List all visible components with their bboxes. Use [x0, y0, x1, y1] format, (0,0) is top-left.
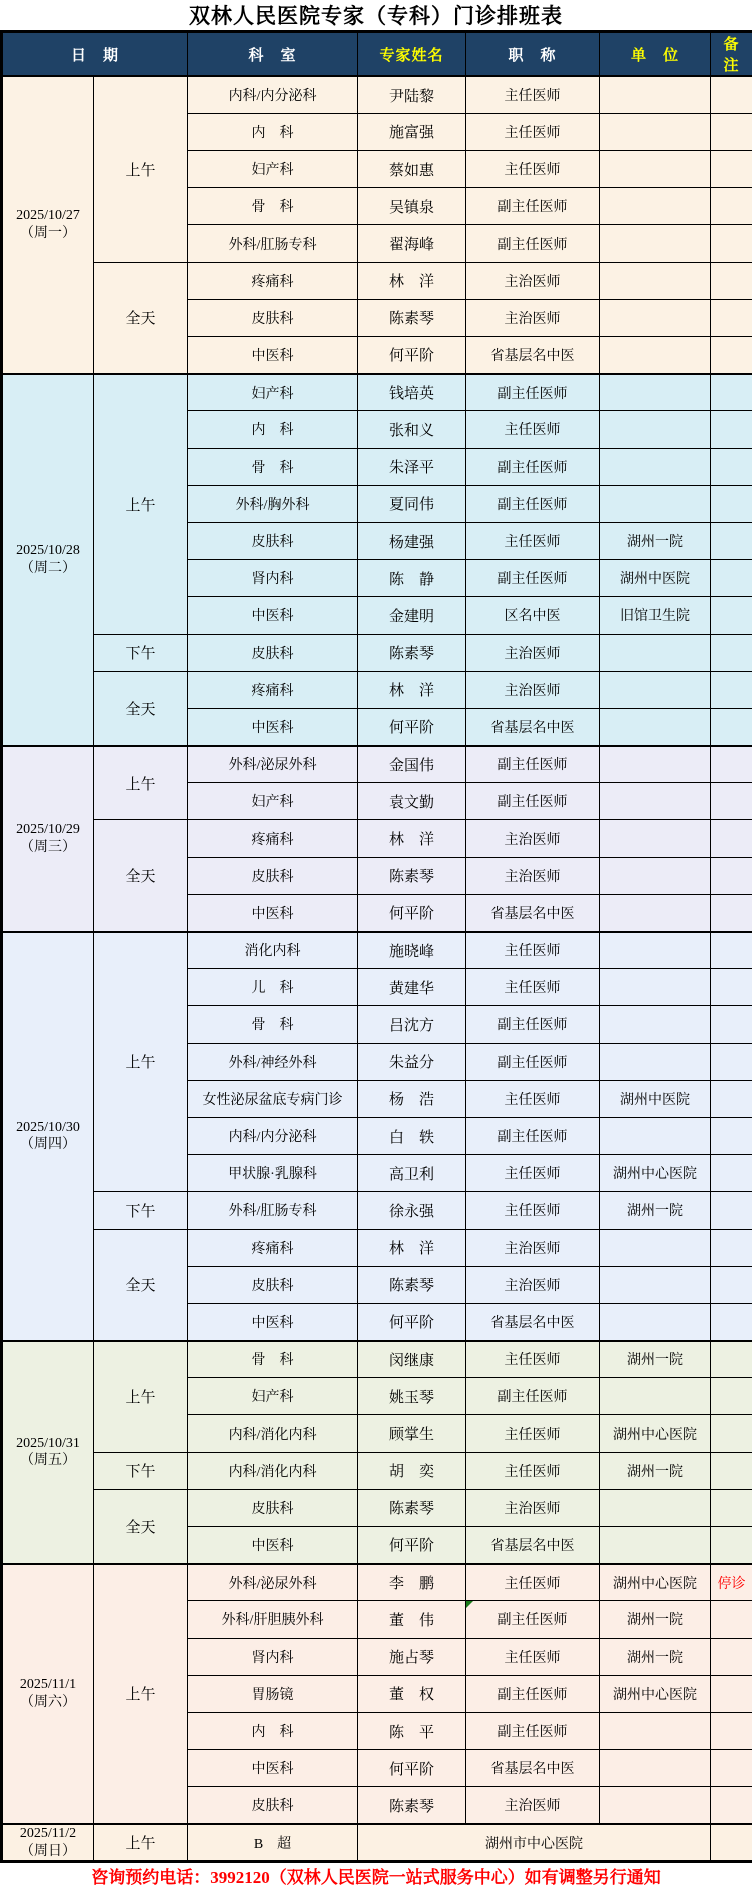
- schedule-row: 2025/10/28（周二）上午妇产科钱培英副主任医师: [2, 374, 752, 411]
- dept-cell: 消化内科: [188, 932, 358, 969]
- unit-cell: 湖州中心医院: [600, 1415, 711, 1452]
- title-cell: 主任医师: [466, 1564, 600, 1601]
- doctor-cell: 何平阶: [358, 708, 466, 745]
- unit-cell: [600, 299, 711, 336]
- unit-cell: [600, 1527, 711, 1564]
- dept-cell: 内 科: [188, 1712, 358, 1749]
- remark-cell: [711, 671, 752, 708]
- dept-cell: 骨 科: [188, 1006, 358, 1043]
- doctor-cell: 何平阶: [358, 1303, 466, 1340]
- remark-cell: [711, 1489, 752, 1526]
- schedule-row: 2025/10/30（周四）上午消化内科施晓峰主任医师: [2, 932, 752, 969]
- doctor-cell: 林 洋: [358, 820, 466, 857]
- unit-cell: [600, 188, 711, 225]
- dept-cell: 中医科: [188, 337, 358, 374]
- title-cell: 区名中医: [466, 597, 600, 634]
- remark-cell: [711, 1043, 752, 1080]
- dept-cell: B 超: [188, 1824, 358, 1862]
- dept-cell: 甲状腺·乳腺科: [188, 1155, 358, 1192]
- unit-cell: [600, 1378, 711, 1415]
- title-cell: 主治医师: [466, 1229, 600, 1266]
- unit-cell: [600, 337, 711, 374]
- doctor-cell: 陈素琴: [358, 1787, 466, 1824]
- title-cell: 副主任医师: [466, 448, 600, 485]
- unit-cell: 湖州中心医院: [600, 1675, 711, 1712]
- remark-cell: [711, 560, 752, 597]
- remark-cell: 停诊: [711, 1564, 752, 1601]
- weekday-text: （周三）: [3, 839, 93, 857]
- remark-cell: [711, 1601, 752, 1638]
- remark-cell: [711, 522, 752, 559]
- time-cell: 上午: [94, 374, 188, 634]
- title-cell: 副主任医师: [466, 1043, 600, 1080]
- weekday-text: （周四）: [3, 1136, 93, 1154]
- remark-cell: [711, 1712, 752, 1749]
- remark-cell: [711, 1787, 752, 1824]
- title-cell: 副主任医师: [466, 746, 600, 783]
- title-cell: 主治医师: [466, 299, 600, 336]
- date-cell: 2025/10/31（周五）: [2, 1341, 94, 1564]
- time-cell: 下午: [94, 1452, 188, 1489]
- doctor-cell: 陈素琴: [358, 1489, 466, 1526]
- unit-cell: [600, 634, 711, 671]
- remark-cell: [711, 151, 752, 188]
- title-cell: 省基层名中医: [466, 894, 600, 931]
- unit-cell: [600, 1489, 711, 1526]
- doctor-cell: 金建明: [358, 597, 466, 634]
- unit-cell: [600, 1787, 711, 1824]
- title-cell: 副主任医师: [466, 1601, 600, 1638]
- title-cell: 副主任医师: [466, 1378, 600, 1415]
- remark-cell: [711, 634, 752, 671]
- remark-cell: [711, 1117, 752, 1154]
- remark-cell: [711, 448, 752, 485]
- doctor-cell: 何平阶: [358, 1750, 466, 1787]
- dept-cell: 中医科: [188, 597, 358, 634]
- remark-cell: [711, 1006, 752, 1043]
- doctor-cell: 徐永强: [358, 1192, 466, 1229]
- unit-cell: [600, 671, 711, 708]
- date-cell: 2025/11/1（周六）: [2, 1564, 94, 1824]
- remark-cell: [711, 113, 752, 150]
- doctor-cell: 钱培英: [358, 374, 466, 411]
- date-text: 2025/10/27: [3, 207, 93, 225]
- title-cell: 副主任医师: [466, 783, 600, 820]
- doctor-cell: 何平阶: [358, 337, 466, 374]
- remark-cell: [711, 1341, 752, 1378]
- col-header-date: 日 期: [2, 32, 188, 77]
- title-cell: 主治医师: [466, 1266, 600, 1303]
- page-title: 双林人民医院专家（专科）门诊排班表: [0, 0, 752, 30]
- dept-cell: 皮肤科: [188, 634, 358, 671]
- title-cell: 副主任医师: [466, 225, 600, 262]
- doctor-cell: 闵继康: [358, 1341, 466, 1378]
- unit-cell: [600, 1229, 711, 1266]
- remark-cell: [711, 485, 752, 522]
- doctor-cell: 陈素琴: [358, 299, 466, 336]
- title-cell: 副主任医师: [466, 1712, 600, 1749]
- doctor-cell: 李 鹏: [358, 1564, 466, 1601]
- time-cell: 全天: [94, 1229, 188, 1341]
- remark-cell: [711, 746, 752, 783]
- title-cell: 主任医师: [466, 113, 600, 150]
- weekday-text: （周一）: [3, 225, 93, 243]
- dept-cell: 中医科: [188, 1527, 358, 1564]
- title-cell: 主任医师: [466, 1080, 600, 1117]
- doctor-cell: 张和义: [358, 411, 466, 448]
- title-cell: 副主任医师: [466, 1006, 600, 1043]
- dept-cell: 外科/肝胆胰外科: [188, 1601, 358, 1638]
- doctor-cell: 夏同伟: [358, 485, 466, 522]
- doctor-cell: 董 权: [358, 1675, 466, 1712]
- remark-cell: [711, 299, 752, 336]
- date-text: 2025/10/31: [3, 1435, 93, 1453]
- unit-cell: [600, 151, 711, 188]
- doctor-cell: 施占琴: [358, 1638, 466, 1675]
- dept-cell: 皮肤科: [188, 299, 358, 336]
- schedule-row: 下午内科/消化内科胡 奕主任医师湖州一院: [2, 1452, 752, 1489]
- unit-cell: [600, 1303, 711, 1340]
- title-cell: 副主任医师: [466, 188, 600, 225]
- title-cell: 省基层名中医: [466, 708, 600, 745]
- unit-cell: [600, 857, 711, 894]
- footer-note: 咨询预约电话：3992120（双林人民医院一站式服务中心）如有调整另行通知: [0, 1863, 752, 1888]
- doctor-cell: 何平阶: [358, 1527, 466, 1564]
- remark-cell: [711, 1452, 752, 1489]
- remark-cell: [711, 783, 752, 820]
- unit-cell: 湖州一院: [600, 1601, 711, 1638]
- dept-cell: 妇产科: [188, 151, 358, 188]
- doctor-cell: 林 洋: [358, 262, 466, 299]
- unit-cell: [600, 783, 711, 820]
- title-cell: 主治医师: [466, 1787, 600, 1824]
- unit-cell: [600, 932, 711, 969]
- doctor-cell: 高卫利: [358, 1155, 466, 1192]
- title-cell: 省基层名中医: [466, 337, 600, 374]
- title-cell: 主任医师: [466, 1452, 600, 1489]
- remark-cell: [711, 262, 752, 299]
- dept-cell: 外科/泌尿外科: [188, 1564, 358, 1601]
- title-cell: 主任医师: [466, 1638, 600, 1675]
- doctor-cell: 陈素琴: [358, 857, 466, 894]
- dept-cell: 内 科: [188, 113, 358, 150]
- title-cell: 省基层名中医: [466, 1303, 600, 1340]
- unit-cell: [600, 1266, 711, 1303]
- dept-cell: 骨 科: [188, 188, 358, 225]
- dept-cell: 中医科: [188, 894, 358, 931]
- col-header-title: 职 称: [466, 32, 600, 77]
- dept-cell: 中医科: [188, 1750, 358, 1787]
- schedule-page: 双林人民医院专家（专科）门诊排班表 日 期 科 室 专家姓名 职 称 单 位 备…: [0, 0, 752, 1888]
- dept-cell: 儿 科: [188, 969, 358, 1006]
- remark-cell: [711, 1638, 752, 1675]
- time-cell: 上午: [94, 1564, 188, 1824]
- dept-cell: 中医科: [188, 708, 358, 745]
- date-text: 2025/10/28: [3, 542, 93, 560]
- title-cell: 副主任医师: [466, 374, 600, 411]
- remark-cell: [711, 1155, 752, 1192]
- dept-cell: 疼痛科: [188, 1229, 358, 1266]
- time-cell: 下午: [94, 634, 188, 671]
- unit-cell: 湖州中心医院: [600, 1564, 711, 1601]
- date-cell: 2025/11/2（周日）: [2, 1824, 94, 1862]
- dept-cell: 皮肤科: [188, 1489, 358, 1526]
- unit-cell: [600, 225, 711, 262]
- unit-cell: [600, 485, 711, 522]
- remark-cell: [711, 374, 752, 411]
- merged-unit-cell: 湖州市中心医院: [358, 1824, 711, 1862]
- schedule-row: 下午皮肤科陈素琴主治医师: [2, 634, 752, 671]
- remark-cell: [711, 894, 752, 931]
- time-cell: 全天: [94, 262, 188, 374]
- doctor-cell: 杨建强: [358, 522, 466, 559]
- title-cell: 副主任医师: [466, 1117, 600, 1154]
- title-cell: 主治医师: [466, 671, 600, 708]
- title-cell: 主任医师: [466, 1192, 600, 1229]
- title-cell: 主任医师: [466, 411, 600, 448]
- unit-cell: 湖州一院: [600, 1192, 711, 1229]
- time-cell: 上午: [94, 76, 188, 262]
- schedule-row: 全天疼痛科林 洋主治医师: [2, 671, 752, 708]
- unit-cell: [600, 1117, 711, 1154]
- unit-cell: 湖州中医院: [600, 560, 711, 597]
- title-cell: 副主任医师: [466, 1675, 600, 1712]
- remark-cell: [711, 820, 752, 857]
- doctor-cell: 林 洋: [358, 1229, 466, 1266]
- remark-cell: [711, 1527, 752, 1564]
- dept-cell: 内科/内分泌科: [188, 1117, 358, 1154]
- dept-cell: 肾内科: [188, 560, 358, 597]
- unit-cell: 湖州一院: [600, 1638, 711, 1675]
- doctor-cell: 施富强: [358, 113, 466, 150]
- doctor-cell: 胡 奕: [358, 1452, 466, 1489]
- remark-cell: [711, 1378, 752, 1415]
- doctor-cell: 翟海峰: [358, 225, 466, 262]
- unit-cell: 湖州中心医院: [600, 1155, 711, 1192]
- remark-cell: [711, 597, 752, 634]
- doctor-cell: 陈 静: [358, 560, 466, 597]
- col-header-doctor: 专家姓名: [358, 32, 466, 77]
- remark-cell: [711, 225, 752, 262]
- doctor-cell: 蔡如惠: [358, 151, 466, 188]
- remark-cell: [711, 1303, 752, 1340]
- unit-cell: [600, 894, 711, 931]
- dept-cell: 骨 科: [188, 448, 358, 485]
- weekday-text: （周五）: [3, 1452, 93, 1470]
- title-cell: 主任医师: [466, 969, 600, 1006]
- title-cell: 省基层名中医: [466, 1750, 600, 1787]
- remark-cell: [711, 76, 752, 113]
- unit-cell: 湖州中医院: [600, 1080, 711, 1117]
- doctor-cell: 林 洋: [358, 671, 466, 708]
- dept-cell: 皮肤科: [188, 1787, 358, 1824]
- unit-cell: [600, 262, 711, 299]
- unit-cell: [600, 411, 711, 448]
- dept-cell: 中医科: [188, 1303, 358, 1340]
- doctor-cell: 朱泽平: [358, 448, 466, 485]
- remark-cell: [711, 337, 752, 374]
- title-cell: 副主任医师: [466, 485, 600, 522]
- doctor-cell: 朱益分: [358, 1043, 466, 1080]
- title-cell: 主任医师: [466, 932, 600, 969]
- remark-cell: [711, 411, 752, 448]
- remark-cell: [711, 708, 752, 745]
- title-cell: 主治医师: [466, 820, 600, 857]
- dept-cell: 妇产科: [188, 783, 358, 820]
- remark-cell: [711, 1266, 752, 1303]
- doctor-cell: 吴镇泉: [358, 188, 466, 225]
- schedule-row: 下午外科/肛肠专科徐永强主任医师湖州一院: [2, 1192, 752, 1229]
- time-cell: 上午: [94, 1341, 188, 1453]
- header-row: 日 期 科 室 专家姓名 职 称 单 位 备 注: [2, 32, 752, 77]
- title-cell: 副主任医师: [466, 560, 600, 597]
- dept-cell: 皮肤科: [188, 522, 358, 559]
- remark-cell: [711, 1080, 752, 1117]
- weekday-text: （周二）: [3, 560, 93, 578]
- title-cell: 主治医师: [466, 262, 600, 299]
- doctor-cell: 董 伟: [358, 1601, 466, 1638]
- remark-cell: [711, 857, 752, 894]
- date-text: 2025/10/29: [3, 821, 93, 839]
- time-cell: 全天: [94, 671, 188, 745]
- dept-cell: 疼痛科: [188, 262, 358, 299]
- dept-cell: 内 科: [188, 411, 358, 448]
- title-cell: 主任医师: [466, 1155, 600, 1192]
- time-cell: 上午: [94, 932, 188, 1192]
- dept-cell: 内科/消化内科: [188, 1415, 358, 1452]
- doctor-cell: 白 轶: [358, 1117, 466, 1154]
- time-cell: 全天: [94, 820, 188, 932]
- dept-cell: 妇产科: [188, 374, 358, 411]
- remark-cell: [711, 1415, 752, 1452]
- dept-cell: 胃肠镜: [188, 1675, 358, 1712]
- schedule-row: 2025/10/29（周三）上午外科/泌尿外科金国伟副主任医师: [2, 746, 752, 783]
- col-header-unit: 单 位: [600, 32, 711, 77]
- date-cell: 2025/10/30（周四）: [2, 932, 94, 1341]
- title-cell: 主任医师: [466, 1341, 600, 1378]
- weekday-text: （周日）: [3, 1843, 93, 1861]
- unit-cell: [600, 969, 711, 1006]
- weekday-text: （周六）: [3, 1694, 93, 1712]
- dept-cell: 骨 科: [188, 1341, 358, 1378]
- col-header-remark: 备 注: [711, 32, 752, 77]
- schedule-row: 2025/10/27（周一）上午内科/内分泌科尹陆黎主任医师: [2, 76, 752, 113]
- schedule-row: 全天疼痛科林 洋主治医师: [2, 262, 752, 299]
- remark-cell: [711, 188, 752, 225]
- schedule-row: 全天皮肤科陈素琴主治医师: [2, 1489, 752, 1526]
- title-cell: 主任医师: [466, 76, 600, 113]
- title-cell: 主治医师: [466, 1489, 600, 1526]
- doctor-cell: 尹陆黎: [358, 76, 466, 113]
- remark-cell: [711, 1750, 752, 1787]
- time-cell: 下午: [94, 1192, 188, 1229]
- schedule-row: 全天疼痛科林 洋主治医师: [2, 820, 752, 857]
- remark-cell: [711, 932, 752, 969]
- doctor-cell: 杨 浩: [358, 1080, 466, 1117]
- schedule-row: 2025/11/1（周六）上午外科/泌尿外科李 鹏主任医师湖州中心医院停诊: [2, 1564, 752, 1601]
- unit-cell: [600, 820, 711, 857]
- dept-cell: 内科/内分泌科: [188, 76, 358, 113]
- time-cell: 全天: [94, 1489, 188, 1563]
- time-cell: 上午: [94, 746, 188, 820]
- doctor-cell: 姚玉琴: [358, 1378, 466, 1415]
- date-text: 2025/10/30: [3, 1119, 93, 1137]
- unit-cell: [600, 1712, 711, 1749]
- doctor-cell: 何平阶: [358, 894, 466, 931]
- unit-cell: 旧馆卫生院: [600, 597, 711, 634]
- title-cell: 主任医师: [466, 1415, 600, 1452]
- date-text: 2025/11/1: [3, 1676, 93, 1694]
- schedule-table: 日 期 科 室 专家姓名 职 称 单 位 备 注 2025/10/27（周一）上…: [0, 30, 752, 1863]
- dept-cell: 妇产科: [188, 1378, 358, 1415]
- dept-cell: 外科/肛肠专科: [188, 225, 358, 262]
- doctor-cell: 陈素琴: [358, 634, 466, 671]
- date-text: 2025/11/2: [3, 1825, 93, 1843]
- unit-cell: [600, 374, 711, 411]
- doctor-cell: 陈素琴: [358, 1266, 466, 1303]
- schedule-row: 全天疼痛科林 洋主治医师: [2, 1229, 752, 1266]
- dept-cell: 外科/神经外科: [188, 1043, 358, 1080]
- dept-cell: 外科/肛肠专科: [188, 1192, 358, 1229]
- doctor-cell: 黄建华: [358, 969, 466, 1006]
- dept-cell: 女性泌尿盆底专病门诊: [188, 1080, 358, 1117]
- remark-cell: [711, 969, 752, 1006]
- remark-cell: [711, 1192, 752, 1229]
- remark-cell: [711, 1824, 752, 1862]
- remark-cell: [711, 1229, 752, 1266]
- unit-cell: [600, 746, 711, 783]
- date-cell: 2025/10/29（周三）: [2, 746, 94, 932]
- title-cell: 主任医师: [466, 522, 600, 559]
- unit-cell: [600, 708, 711, 745]
- time-cell: 上午: [94, 1824, 188, 1862]
- doctor-cell: 顾掌生: [358, 1415, 466, 1452]
- title-cell: 主治医师: [466, 634, 600, 671]
- date-cell: 2025/10/28（周二）: [2, 374, 94, 746]
- schedule-body: 2025/10/27（周一）上午内科/内分泌科尹陆黎主任医师内 科施富强主任医师…: [2, 76, 752, 1861]
- schedule-row: 2025/10/31（周五）上午骨 科闵继康主任医师湖州一院: [2, 1341, 752, 1378]
- dept-cell: 肾内科: [188, 1638, 358, 1675]
- dept-cell: 皮肤科: [188, 1266, 358, 1303]
- dept-cell: 外科/泌尿外科: [188, 746, 358, 783]
- comment-marker-icon: [466, 1601, 473, 1608]
- doctor-cell: 袁文勤: [358, 783, 466, 820]
- unit-cell: [600, 113, 711, 150]
- unit-cell: 湖州一院: [600, 522, 711, 559]
- date-cell: 2025/10/27（周一）: [2, 76, 94, 374]
- unit-cell: [600, 448, 711, 485]
- dept-cell: 皮肤科: [188, 857, 358, 894]
- remark-cell: [711, 1675, 752, 1712]
- dept-cell: 疼痛科: [188, 671, 358, 708]
- doctor-cell: 吕沈方: [358, 1006, 466, 1043]
- dept-cell: 疼痛科: [188, 820, 358, 857]
- unit-cell: [600, 76, 711, 113]
- doctor-cell: 金国伟: [358, 746, 466, 783]
- unit-cell: [600, 1750, 711, 1787]
- title-cell: 省基层名中医: [466, 1527, 600, 1564]
- unit-cell: [600, 1006, 711, 1043]
- doctor-cell: 陈 平: [358, 1712, 466, 1749]
- col-header-dept: 科 室: [188, 32, 358, 77]
- schedule-row: 2025/11/2（周日）上午B 超湖州市中心医院: [2, 1824, 752, 1862]
- dept-cell: 内科/消化内科: [188, 1452, 358, 1489]
- title-cell: 主治医师: [466, 857, 600, 894]
- unit-cell: 湖州一院: [600, 1452, 711, 1489]
- unit-cell: [600, 1043, 711, 1080]
- dept-cell: 外科/胸外科: [188, 485, 358, 522]
- title-cell: 主任医师: [466, 151, 600, 188]
